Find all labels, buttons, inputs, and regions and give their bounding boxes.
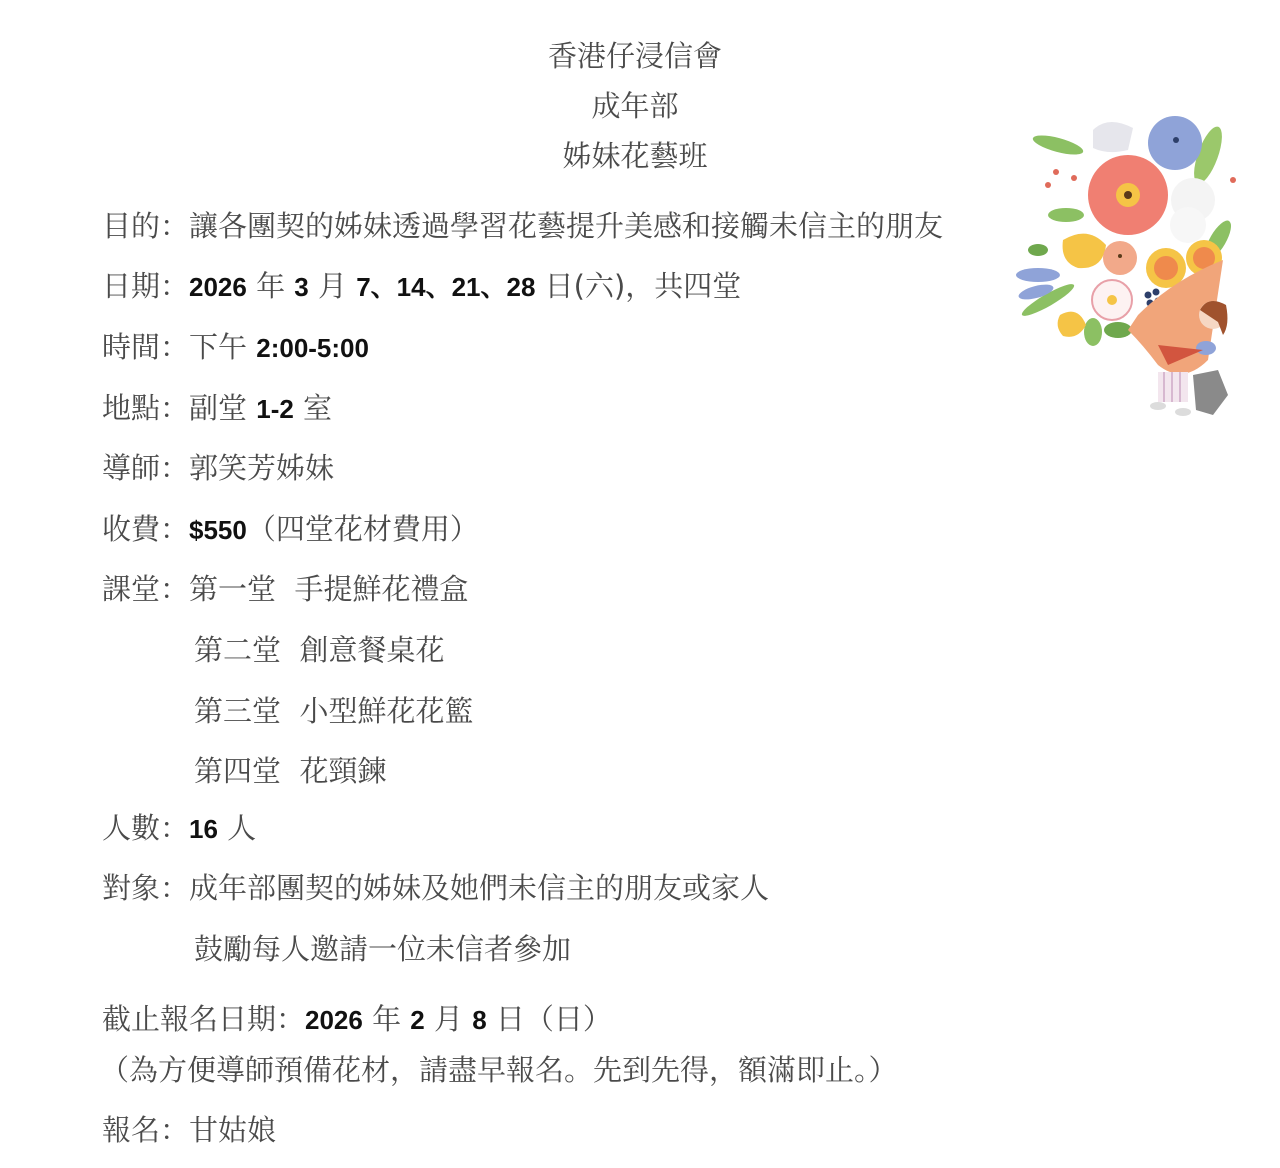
venue-suffix: 室 — [294, 391, 332, 425]
fee-note: （四堂花材費用） — [247, 512, 479, 546]
purpose-label: 目的： — [102, 209, 189, 243]
time-row: 時間：下午 2:00-5:00 — [102, 329, 369, 366]
audience-label: 對象： — [102, 871, 189, 905]
bouquet-girl-icon — [1008, 110, 1258, 425]
lesson-session: 第三堂 — [194, 694, 281, 728]
audience-row-2: 鼓勵每人邀請一位未信者參加 — [194, 931, 571, 967]
instructor-value: 郭笑芳姊妹 — [189, 451, 334, 485]
deadline-year-unit: 年 — [363, 1002, 410, 1036]
lesson-topic: 小型鮮花花籃 — [299, 694, 473, 728]
lesson-row-1: 課堂：第一堂 手提鮮花禮盒 — [102, 571, 468, 607]
flower-bouquet-illustration — [1008, 110, 1258, 425]
time-value: 2:00-5:00 — [256, 333, 369, 363]
deadline-month-unit: 月 — [425, 1002, 472, 1036]
deadline-month: 2 — [410, 1005, 424, 1035]
deadline-day: 8 — [472, 1005, 486, 1035]
instructor-label: 導師： — [102, 451, 189, 485]
fee-row: 收費：$550（四堂花材費用） — [102, 511, 479, 548]
date-year: 2026 — [189, 272, 247, 302]
venue-room: 1-2 — [256, 394, 294, 424]
venue-row: 地點：副堂 1-2 室 — [102, 390, 332, 427]
venue-prefix: 副堂 — [189, 391, 256, 425]
date-days: 7、14、21、28 — [356, 272, 535, 302]
lesson-row-2: 第二堂 創意餐桌花 — [194, 632, 444, 668]
lessons-label: 課堂： — [102, 572, 189, 606]
capacity-value: 16 — [189, 814, 218, 844]
capacity-unit: 人 — [218, 811, 256, 845]
date-day-unit: 日 — [535, 269, 573, 303]
date-year-unit: 年 — [247, 269, 294, 303]
date-suffix: ，共四堂 — [625, 269, 741, 303]
time-prefix: 下午 — [189, 330, 256, 364]
lesson-topic: 創意餐桌花 — [299, 633, 444, 667]
deadline-label: 截止報名日期： — [102, 1002, 305, 1036]
lesson-row-3: 第三堂 小型鮮花花籃 — [194, 693, 473, 729]
date-month-unit: 月 — [309, 269, 356, 303]
fee-label: 收費： — [102, 512, 189, 546]
lesson-topic: 手提鮮花禮盒 — [294, 572, 468, 606]
lesson-session: 第四堂 — [194, 754, 281, 788]
registration-row: 報名：甘姑娘 — [102, 1112, 276, 1148]
registration-note: （為方便導師預備花材，請盡早報名。先到先得，額滿即止。） — [100, 1052, 898, 1088]
deadline-year: 2026 — [305, 1005, 363, 1035]
capacity-label: 人數： — [102, 811, 189, 845]
purpose-value: 讓各團契的姊妹透過學習花藝提升美感和接觸未信主的朋友 — [189, 209, 943, 243]
lesson-row-4: 第四堂 花頸鍊 — [194, 753, 386, 789]
lesson-session: 第二堂 — [194, 633, 281, 667]
date-row: 日期：2026 年 3 月 7、14、21、28 日(六)，共四堂 — [102, 268, 741, 305]
deadline-day-unit: 日 — [487, 1002, 525, 1036]
deadline-row: 截止報名日期：2026 年 2 月 8 日（日） — [102, 1001, 612, 1038]
lesson-session: 第一堂 — [189, 572, 276, 606]
lesson-topic: 花頸鍊 — [299, 754, 386, 788]
registration-contact: 甘姑娘 — [189, 1113, 276, 1147]
deadline-weekday: （日） — [525, 1002, 612, 1036]
audience-row: 對象：成年部團契的姊妹及她們未信主的朋友或家人 — [102, 870, 769, 906]
audience-line1: 成年部團契的姊妹及她們未信主的朋友或家人 — [189, 871, 769, 905]
venue-label: 地點： — [102, 391, 189, 425]
date-month: 3 — [294, 272, 308, 302]
time-label: 時間： — [102, 330, 189, 364]
fee-amount: $550 — [189, 515, 247, 545]
purpose-row: 目的：讓各團契的姊妹透過學習花藝提升美感和接觸未信主的朋友 — [102, 208, 943, 244]
instructor-row: 導師：郭笑芳姊妹 — [102, 450, 334, 486]
audience-line2: 鼓勵每人邀請一位未信者參加 — [194, 932, 571, 966]
registration-label: 報名： — [102, 1113, 189, 1147]
org-title: 香港仔浸信會 — [0, 38, 1270, 74]
date-label: 日期： — [102, 269, 189, 303]
capacity-row: 人數：16 人 — [102, 810, 256, 847]
date-weekday: (六) — [574, 269, 626, 303]
